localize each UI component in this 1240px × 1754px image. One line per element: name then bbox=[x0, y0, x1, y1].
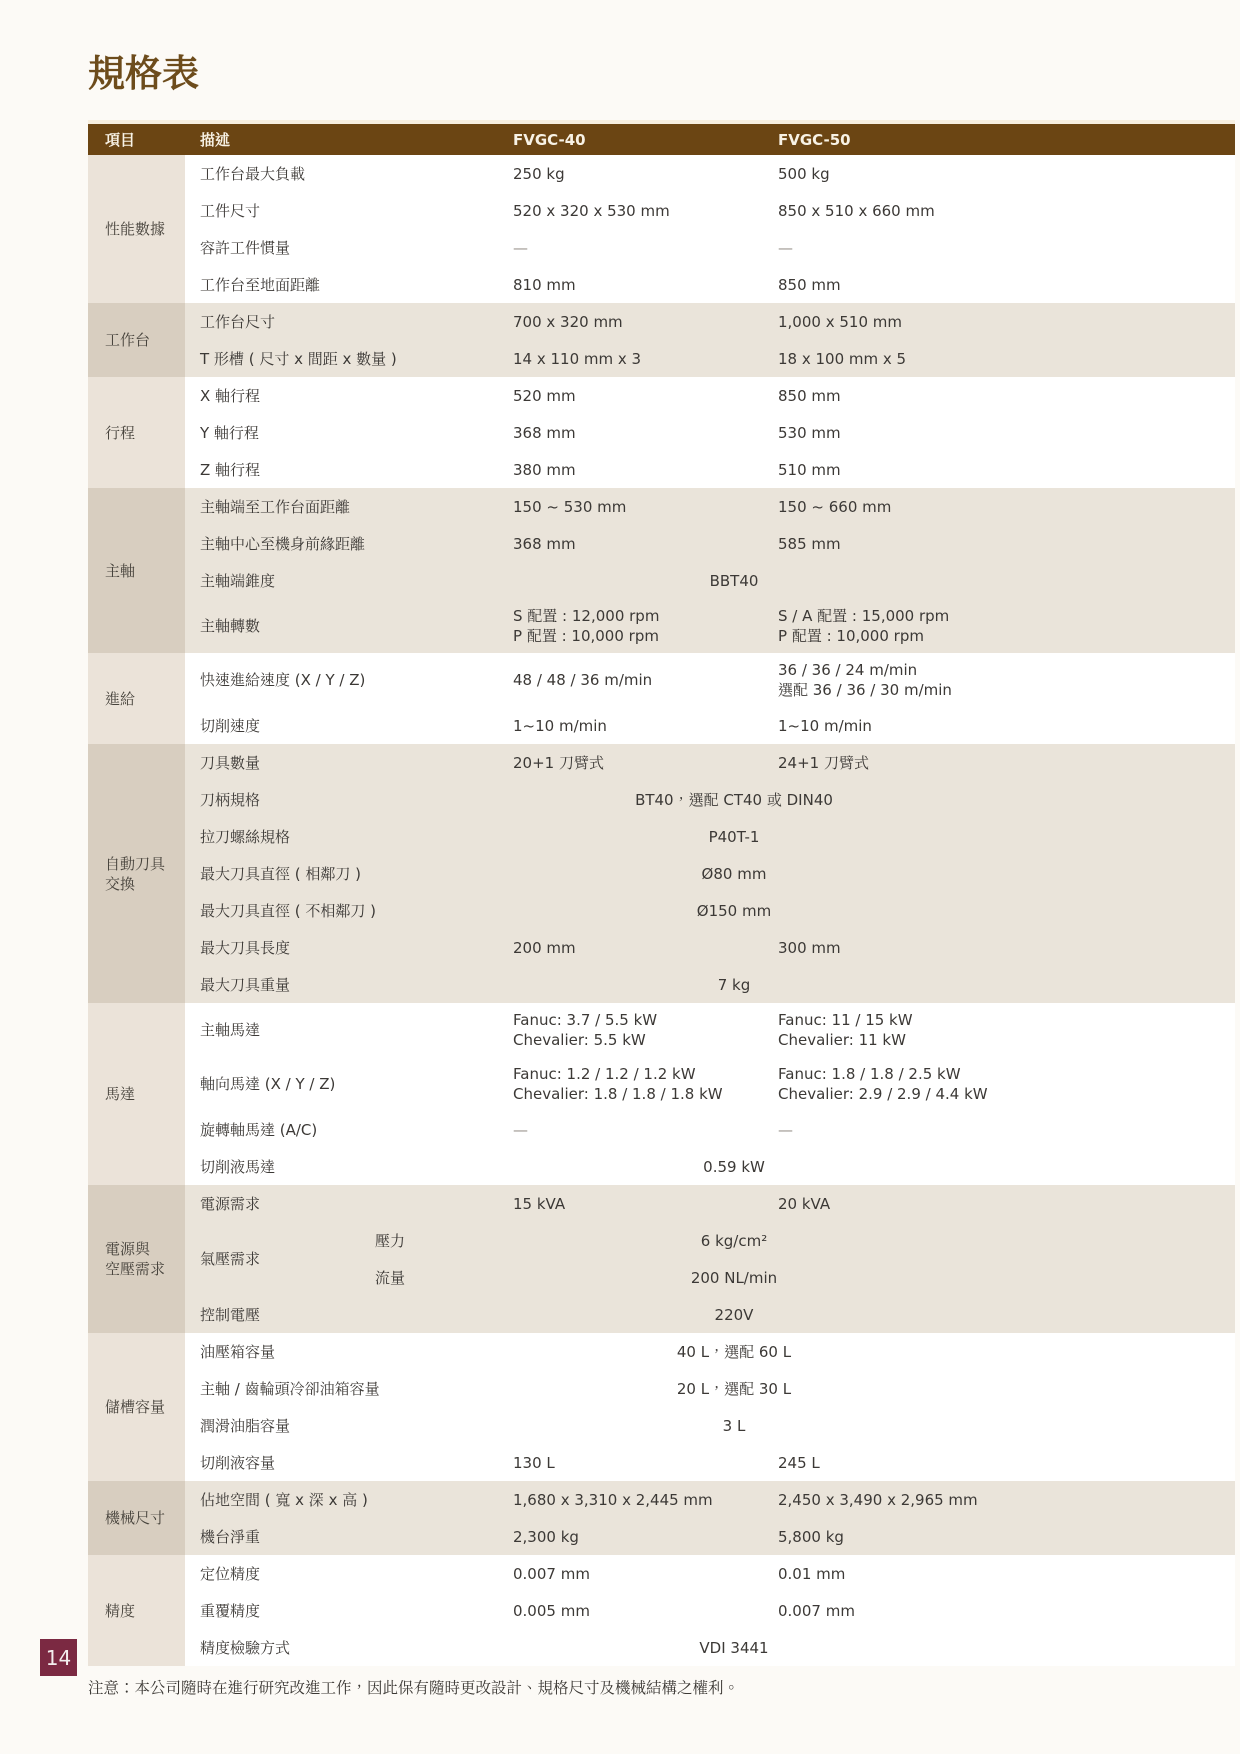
spec-desc: 主軸端至工作台面距離 bbox=[185, 490, 500, 524]
spec-value-merged: 20 L，選配 30 L bbox=[500, 1372, 1235, 1406]
table-body: 性能數據工作台最大負載250 kg500 kg工件尺寸520 x 320 x 5… bbox=[88, 155, 1235, 1666]
spec-row: 主軸端至工作台面距離150 ~ 530 mm150 ~ 660 mm bbox=[185, 488, 1235, 525]
header-fvgc40: FVGC-40 bbox=[500, 130, 765, 150]
spec-value-fvgc40: 368 mm bbox=[500, 416, 765, 450]
spec-row: 工件尺寸520 x 320 x 530 mm850 x 510 x 660 mm bbox=[185, 192, 1235, 229]
spec-value-fvgc50: 850 mm bbox=[765, 379, 1235, 413]
section-rows: 電源需求15 kVA20 kVA氣壓需求壓力6 kg/cm²流量200 NL/m… bbox=[185, 1185, 1235, 1333]
spec-desc: 軸向馬達 (X / Y / Z) bbox=[185, 1067, 500, 1101]
spec-value-fvgc40: 250 kg bbox=[500, 157, 765, 191]
spec-value-fvgc50: 24+1 刀臂式 bbox=[765, 746, 1235, 780]
section-label: 自動刀具 交換 bbox=[88, 744, 185, 1003]
spec-value-merged: 220V bbox=[500, 1298, 1235, 1332]
spec-desc: 主軸轉數 bbox=[185, 609, 500, 643]
spec-value-fvgc40: 1~10 m/min bbox=[500, 709, 765, 743]
spec-row: 主軸中心至機身前緣距離368 mm585 mm bbox=[185, 525, 1235, 562]
spec-desc: 旋轉軸馬達 (A/C) bbox=[185, 1113, 500, 1147]
section-rows: 刀具數量20+1 刀臂式24+1 刀臂式刀柄規格BT40，選配 CT40 或 D… bbox=[185, 744, 1235, 1003]
spec-desc: 機台淨重 bbox=[185, 1520, 500, 1554]
spec-row: Y 軸行程368 mm530 mm bbox=[185, 414, 1235, 451]
spec-row: 工作台尺寸700 x 320 mm1,000 x 510 mm bbox=[185, 303, 1235, 340]
spec-section: 進給快速進給速度 (X / Y / Z)48 / 48 / 36 m/min36… bbox=[88, 653, 1235, 744]
spec-value-fvgc40: 48 / 48 / 36 m/min bbox=[500, 663, 765, 697]
spec-row: 主軸端錐度BBT40 bbox=[185, 562, 1235, 599]
spec-desc: 切削速度 bbox=[185, 709, 500, 743]
spec-value-merged: Ø80 mm bbox=[500, 857, 1235, 891]
spec-row: 切削液容量130 L245 L bbox=[185, 1444, 1235, 1481]
section-label: 行程 bbox=[88, 377, 185, 488]
spec-row: 潤滑油脂容量3 L bbox=[185, 1407, 1235, 1444]
spec-desc: 電源需求 bbox=[185, 1187, 500, 1221]
spec-section: 自動刀具 交換刀具數量20+1 刀臂式24+1 刀臂式刀柄規格BT40，選配 C… bbox=[88, 744, 1235, 1003]
section-label: 進給 bbox=[88, 653, 185, 744]
spec-value-fvgc40: 130 L bbox=[500, 1446, 765, 1480]
spec-desc: 潤滑油脂容量 bbox=[185, 1409, 500, 1443]
spec-value-merged: Ø150 mm bbox=[500, 894, 1235, 928]
spec-value-fvgc50: — bbox=[765, 1113, 1235, 1147]
spec-desc: 工作台最大負載 bbox=[185, 157, 500, 191]
spec-value-fvgc50: S / A 配置 : 15,000 rpm P 配置 : 10,000 rpm bbox=[765, 599, 1235, 653]
spec-row: 切削液馬達0.59 kW bbox=[185, 1148, 1235, 1185]
spec-value-fvgc40: 0.007 mm bbox=[500, 1557, 765, 1591]
spec-value-fvgc50: 150 ~ 660 mm bbox=[765, 490, 1235, 524]
spec-desc: Z 軸行程 bbox=[185, 453, 500, 487]
sub-label: 壓力 bbox=[375, 1224, 500, 1258]
spec-row: 拉刀螺絲規格P40T-1 bbox=[185, 818, 1235, 855]
spec-value-fvgc50: 510 mm bbox=[765, 453, 1235, 487]
spec-section: 馬達主軸馬達Fanuc: 3.7 / 5.5 kW Chevalier: 5.5… bbox=[88, 1003, 1235, 1185]
page-title: 規格表 bbox=[88, 0, 1240, 96]
spec-value-merged: 7 kg bbox=[500, 968, 1235, 1002]
spec-value-fvgc50: 1~10 m/min bbox=[765, 709, 1235, 743]
spec-section: 精度定位精度0.007 mm0.01 mm重覆精度0.005 mm0.007 m… bbox=[88, 1555, 1235, 1666]
spec-value-fvgc50: 850 mm bbox=[765, 268, 1235, 302]
spec-value-fvgc40: S 配置 : 12,000 rpm P 配置 : 10,000 rpm bbox=[500, 599, 765, 653]
spec-desc: 工作台尺寸 bbox=[185, 305, 500, 339]
spec-row: 快速進給速度 (X / Y / Z)48 / 48 / 36 m/min36 /… bbox=[185, 653, 1235, 707]
section-rows: 佔地空間 ( 寬 x 深 x 高 )1,680 x 3,310 x 2,445 … bbox=[185, 1481, 1235, 1555]
spec-value-fvgc40: — bbox=[500, 1113, 765, 1147]
section-rows: 快速進給速度 (X / Y / Z)48 / 48 / 36 m/min36 /… bbox=[185, 653, 1235, 744]
spec-desc: Y 軸行程 bbox=[185, 416, 500, 450]
section-rows: X 軸行程520 mm850 mmY 軸行程368 mm530 mmZ 軸行程3… bbox=[185, 377, 1235, 488]
spec-row: 主軸轉數S 配置 : 12,000 rpm P 配置 : 10,000 rpmS… bbox=[185, 599, 1235, 653]
section-label: 機械尺寸 bbox=[88, 1481, 185, 1555]
section-rows: 定位精度0.007 mm0.01 mm重覆精度0.005 mm0.007 mm精… bbox=[185, 1555, 1235, 1666]
spec-desc: 佔地空間 ( 寬 x 深 x 高 ) bbox=[185, 1483, 500, 1517]
spec-desc: 控制電壓 bbox=[185, 1298, 500, 1332]
spec-value-fvgc50: 245 L bbox=[765, 1446, 1235, 1480]
page-number-badge: 14 bbox=[40, 1639, 77, 1676]
spec-value-fvgc50: 5,800 kg bbox=[765, 1520, 1235, 1554]
spec-value-fvgc40: 520 x 320 x 530 mm bbox=[500, 194, 765, 228]
footnote: 注意：本公司隨時在進行研究改進工作，因此保有隨時更改設計、規格尺寸及機械結構之權… bbox=[88, 1676, 1240, 1698]
spec-row: 容許工件慣量—— bbox=[185, 229, 1235, 266]
spec-value-merged: VDI 3441 bbox=[500, 1631, 1235, 1665]
spec-value-fvgc50: 530 mm bbox=[765, 416, 1235, 450]
sub-label: 流量 bbox=[375, 1261, 500, 1295]
spec-desc: 主軸 / 齒輪頭冷卻油箱容量 bbox=[185, 1372, 500, 1406]
spec-value-fvgc50: 0.01 mm bbox=[765, 1557, 1235, 1591]
spec-row: 工作台至地面距離810 mm850 mm bbox=[185, 266, 1235, 303]
spec-value-fvgc40: 700 x 320 mm bbox=[500, 305, 765, 339]
spec-desc: 切削液容量 bbox=[185, 1446, 500, 1480]
spec-value-merged: BT40，選配 CT40 或 DIN40 bbox=[500, 783, 1235, 817]
spec-desc: 拉刀螺絲規格 bbox=[185, 820, 500, 854]
spec-row: 控制電壓220V bbox=[185, 1296, 1235, 1333]
spec-section: 工作台工作台尺寸700 x 320 mm1,000 x 510 mmT 形槽 (… bbox=[88, 303, 1235, 377]
spec-row: 氣壓需求壓力6 kg/cm²流量200 NL/min bbox=[185, 1222, 1235, 1296]
spec-row: 刀柄規格BT40，選配 CT40 或 DIN40 bbox=[185, 781, 1235, 818]
spec-row: X 軸行程520 mm850 mm bbox=[185, 377, 1235, 414]
spec-row: 主軸 / 齒輪頭冷卻油箱容量20 L，選配 30 L bbox=[185, 1370, 1235, 1407]
header-item: 項目 bbox=[88, 130, 185, 150]
spec-desc: 最大刀具直徑 ( 相鄰刀 ) bbox=[185, 857, 500, 891]
spec-value-merged: P40T-1 bbox=[500, 820, 1235, 854]
table-header-row: 項目 描述 FVGC-40 FVGC-50 bbox=[88, 124, 1235, 155]
spec-row: 佔地空間 ( 寬 x 深 x 高 )1,680 x 3,310 x 2,445 … bbox=[185, 1481, 1235, 1518]
spec-desc: 氣壓需求 bbox=[185, 1222, 375, 1296]
spec-row: 定位精度0.007 mm0.01 mm bbox=[185, 1555, 1235, 1592]
spec-row: 工作台最大負載250 kg500 kg bbox=[185, 155, 1235, 192]
spec-desc: T 形槽 ( 尺寸 x 間距 x 數量 ) bbox=[185, 342, 500, 376]
section-rows: 主軸馬達Fanuc: 3.7 / 5.5 kW Chevalier: 5.5 k… bbox=[185, 1003, 1235, 1185]
spec-row: 機台淨重2,300 kg5,800 kg bbox=[185, 1518, 1235, 1555]
spec-section: 機械尺寸佔地空間 ( 寬 x 深 x 高 )1,680 x 3,310 x 2,… bbox=[88, 1481, 1235, 1555]
spec-value-fvgc40: 520 mm bbox=[500, 379, 765, 413]
spec-value-fvgc40: Fanuc: 1.2 / 1.2 / 1.2 kW Chevalier: 1.8… bbox=[500, 1057, 765, 1111]
spec-value-fvgc50: — bbox=[765, 231, 1235, 265]
spec-row: 電源需求15 kVA20 kVA bbox=[185, 1185, 1235, 1222]
spec-desc: 刀具數量 bbox=[185, 746, 500, 780]
sub-row: 流量200 NL/min bbox=[375, 1259, 1235, 1296]
spec-desc: 最大刀具長度 bbox=[185, 931, 500, 965]
spec-desc: 最大刀具直徑 ( 不相鄰刀 ) bbox=[185, 894, 500, 928]
spec-value-fvgc50: 1,000 x 510 mm bbox=[765, 305, 1235, 339]
spec-value-fvgc40: 810 mm bbox=[500, 268, 765, 302]
spec-value-fvgc40: 150 ~ 530 mm bbox=[500, 490, 765, 524]
spec-value-fvgc40: 380 mm bbox=[500, 453, 765, 487]
spec-value-fvgc40: 14 x 110 mm x 3 bbox=[500, 342, 765, 376]
spec-desc: 精度檢驗方式 bbox=[185, 1631, 500, 1665]
section-label: 精度 bbox=[88, 1555, 185, 1666]
spec-value-fvgc40: — bbox=[500, 231, 765, 265]
spec-row: 切削速度1~10 m/min1~10 m/min bbox=[185, 707, 1235, 744]
spec-value-fvgc50: 300 mm bbox=[765, 931, 1235, 965]
section-label: 主軸 bbox=[88, 488, 185, 653]
spec-value-fvgc50: Fanuc: 1.8 / 1.8 / 2.5 kW Chevalier: 2.9… bbox=[765, 1057, 1235, 1111]
sub-row: 壓力6 kg/cm² bbox=[375, 1222, 1235, 1259]
section-label: 性能數據 bbox=[88, 155, 185, 303]
spec-desc: 工作台至地面距離 bbox=[185, 268, 500, 302]
spec-desc: 油壓箱容量 bbox=[185, 1335, 500, 1369]
spec-value-fvgc40: 15 kVA bbox=[500, 1187, 765, 1221]
spec-value-fvgc50: 0.007 mm bbox=[765, 1594, 1235, 1628]
spec-desc: 主軸端錐度 bbox=[185, 564, 500, 598]
spec-row: T 形槽 ( 尺寸 x 間距 x 數量 )14 x 110 mm x 318 x… bbox=[185, 340, 1235, 377]
header-description: 描述 bbox=[185, 130, 500, 150]
section-label: 馬達 bbox=[88, 1003, 185, 1185]
spec-row: 最大刀具重量7 kg bbox=[185, 966, 1235, 1003]
section-rows: 油壓箱容量40 L，選配 60 L主軸 / 齒輪頭冷卻油箱容量20 L，選配 3… bbox=[185, 1333, 1235, 1481]
spec-row: 最大刀具長度200 mm300 mm bbox=[185, 929, 1235, 966]
spec-value-fvgc40: Fanuc: 3.7 / 5.5 kW Chevalier: 5.5 kW bbox=[500, 1003, 765, 1057]
section-label: 儲槽容量 bbox=[88, 1333, 185, 1481]
section-rows: 主軸端至工作台面距離150 ~ 530 mm150 ~ 660 mm主軸中心至機… bbox=[185, 488, 1235, 653]
spec-desc: 容許工件慣量 bbox=[185, 231, 500, 265]
spec-desc: 刀柄規格 bbox=[185, 783, 500, 817]
spec-section: 主軸主軸端至工作台面距離150 ~ 530 mm150 ~ 660 mm主軸中心… bbox=[88, 488, 1235, 653]
spec-value-merged: 6 kg/cm² bbox=[500, 1224, 1235, 1258]
spec-desc: 重覆精度 bbox=[185, 1594, 500, 1628]
spec-value-fvgc50: 850 x 510 x 660 mm bbox=[765, 194, 1235, 228]
spec-value-fvgc40: 2,300 kg bbox=[500, 1520, 765, 1554]
spec-value-fvgc50: 20 kVA bbox=[765, 1187, 1235, 1221]
spec-value-merged: BBT40 bbox=[500, 564, 1235, 598]
spec-row: 最大刀具直徑 ( 不相鄰刀 )Ø150 mm bbox=[185, 892, 1235, 929]
spec-desc: 切削液馬達 bbox=[185, 1150, 500, 1184]
spec-section: 行程X 軸行程520 mm850 mmY 軸行程368 mm530 mmZ 軸行… bbox=[88, 377, 1235, 488]
spec-row: 刀具數量20+1 刀臂式24+1 刀臂式 bbox=[185, 744, 1235, 781]
spec-section: 電源與 空壓需求電源需求15 kVA20 kVA氣壓需求壓力6 kg/cm²流量… bbox=[88, 1185, 1235, 1333]
spec-value-merged: 0.59 kW bbox=[500, 1150, 1235, 1184]
spec-row: 最大刀具直徑 ( 相鄰刀 )Ø80 mm bbox=[185, 855, 1235, 892]
spec-section: 儲槽容量油壓箱容量40 L，選配 60 L主軸 / 齒輪頭冷卻油箱容量20 L，… bbox=[88, 1333, 1235, 1481]
section-label: 工作台 bbox=[88, 303, 185, 377]
spec-value-merged: 40 L，選配 60 L bbox=[500, 1335, 1235, 1369]
spec-value-merged: 3 L bbox=[500, 1409, 1235, 1443]
spec-value-fvgc50: 18 x 100 mm x 5 bbox=[765, 342, 1235, 376]
spec-value-fvgc50: 36 / 36 / 24 m/min 選配 36 / 36 / 30 m/min bbox=[765, 653, 1235, 707]
section-rows: 工作台尺寸700 x 320 mm1,000 x 510 mmT 形槽 ( 尺寸… bbox=[185, 303, 1235, 377]
spec-desc: 最大刀具重量 bbox=[185, 968, 500, 1002]
spec-value-fvgc40: 0.005 mm bbox=[500, 1594, 765, 1628]
spec-value-fvgc50: 500 kg bbox=[765, 157, 1235, 191]
spec-desc: 主軸中心至機身前緣距離 bbox=[185, 527, 500, 561]
spec-row: 精度檢驗方式VDI 3441 bbox=[185, 1629, 1235, 1666]
spec-sheet-page: 規格表 項目 描述 FVGC-40 FVGC-50 性能數據工作台最大負載250… bbox=[0, 0, 1240, 1754]
spec-row: Z 軸行程380 mm510 mm bbox=[185, 451, 1235, 488]
spec-row: 重覆精度0.005 mm0.007 mm bbox=[185, 1592, 1235, 1629]
spec-row: 主軸馬達Fanuc: 3.7 / 5.5 kW Chevalier: 5.5 k… bbox=[185, 1003, 1235, 1057]
spec-value-fvgc50: 585 mm bbox=[765, 527, 1235, 561]
spec-value-fvgc40: 368 mm bbox=[500, 527, 765, 561]
spec-row: 旋轉軸馬達 (A/C)—— bbox=[185, 1111, 1235, 1148]
spec-value-fvgc40: 200 mm bbox=[500, 931, 765, 965]
spec-value-fvgc50: 2,450 x 3,490 x 2,965 mm bbox=[765, 1483, 1235, 1517]
spec-value-fvgc50: Fanuc: 11 / 15 kW Chevalier: 11 kW bbox=[765, 1003, 1235, 1057]
spec-desc: 主軸馬達 bbox=[185, 1013, 500, 1047]
spec-desc: 工件尺寸 bbox=[185, 194, 500, 228]
spec-value-fvgc40: 1,680 x 3,310 x 2,445 mm bbox=[500, 1483, 765, 1517]
sub-rows: 壓力6 kg/cm²流量200 NL/min bbox=[375, 1222, 1235, 1296]
section-rows: 工作台最大負載250 kg500 kg工件尺寸520 x 320 x 530 m… bbox=[185, 155, 1235, 303]
spec-value-merged: 200 NL/min bbox=[500, 1261, 1235, 1295]
spec-row: 軸向馬達 (X / Y / Z)Fanuc: 1.2 / 1.2 / 1.2 k… bbox=[185, 1057, 1235, 1111]
spec-value-fvgc40: 20+1 刀臂式 bbox=[500, 746, 765, 780]
spec-section: 性能數據工作台最大負載250 kg500 kg工件尺寸520 x 320 x 5… bbox=[88, 155, 1235, 303]
spec-row: 油壓箱容量40 L，選配 60 L bbox=[185, 1333, 1235, 1370]
spec-desc: 定位精度 bbox=[185, 1557, 500, 1591]
spec-desc: X 軸行程 bbox=[185, 379, 500, 413]
spec-desc: 快速進給速度 (X / Y / Z) bbox=[185, 663, 500, 697]
spec-table: 項目 描述 FVGC-40 FVGC-50 性能數據工作台最大負載250 kg5… bbox=[88, 120, 1235, 1666]
header-fvgc50: FVGC-50 bbox=[765, 130, 1235, 150]
section-label: 電源與 空壓需求 bbox=[88, 1185, 185, 1333]
